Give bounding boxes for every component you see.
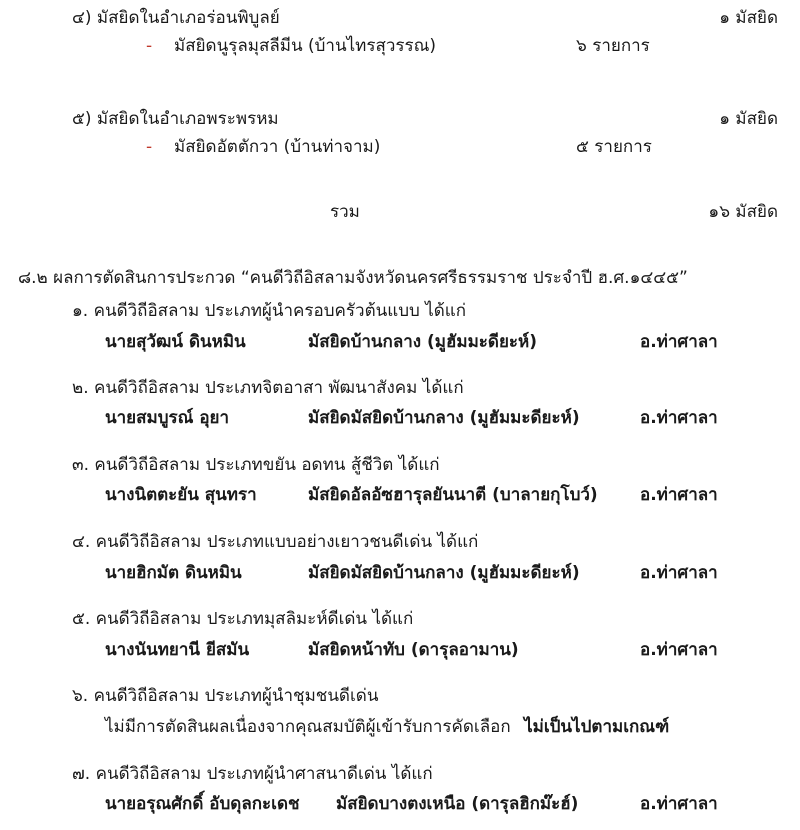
award-winner-mosque: มัสยิดมัสยิดบ้านกลาง (มูฮัมมะดียะห์)	[308, 406, 580, 430]
mosque-district-heading: ๕) มัสยิดในอำเภอพระพรหม	[72, 107, 279, 131]
award-winner-district: อ.ท่าศาลา	[640, 638, 718, 662]
mosque-item-count: ๖ รายการ	[576, 34, 650, 58]
award-category-line: ๓. คนดีวิถีอิสลาม ประเภทขยัน อดทน สู้ชีว…	[72, 453, 440, 477]
award-category-line: ๔. คนดีวิถีอิสลาม ประเภทแบบอย่างเยาวชนดี…	[72, 530, 478, 554]
award-winner-district: อ.ท่าศาลา	[640, 406, 718, 430]
award-winner-mosque: มัสยิดบางตงเหนือ (ดารุลฮิกม๊ะฮ์)	[336, 792, 578, 816]
award-winner-mosque: มัสยิดหน้าทับ (ดารุลอามาน)	[308, 638, 519, 662]
award-winner-district: อ.ท่าศาลา	[640, 483, 718, 507]
mosque-item-name: มัสยิดอัตตักวา (บ้านท่าจาม)	[174, 135, 380, 159]
award-note: ไม่มีการตัดสินผลเนื่องจากคุณสมบัติผู้เข้…	[105, 715, 669, 739]
award-winner-district: อ.ท่าศาลา	[640, 792, 718, 816]
award-winner-name: นายสุวัฒน์ ดินหมิน	[105, 330, 246, 354]
list-dash: -	[146, 34, 152, 58]
mosque-item-name: มัสยิดนูรุลมุสลีมีน (บ้านไทรสุวรรณ)	[174, 34, 436, 58]
award-note-text: ไม่มีการตัดสินผลเนื่องจากคุณสมบัติผู้เข้…	[105, 717, 511, 737]
section-title: ๘.๒ ผลการตัดสินการประกวด “คนดีวิถีอิสลาม…	[18, 266, 688, 290]
award-winner-name: นายฮิกมัต ดินหมิน	[105, 561, 242, 585]
total-label: รวม	[330, 200, 360, 224]
award-winner-district: อ.ท่าศาลา	[640, 330, 718, 354]
mosque-district-count: ๑ มัสยิด	[719, 6, 778, 30]
award-category-line: ๒. คนดีวิถีอิสลาม ประเภทจิตอาสา พัฒนาสัง…	[72, 376, 464, 400]
mosque-district-count: ๑ มัสยิด	[719, 107, 778, 131]
mosque-district-heading: ๔) มัสยิดในอำเภอร่อนพิบูลย์	[72, 6, 280, 30]
award-winner-name: นางนันทยานี ยีสมัน	[105, 638, 249, 662]
award-winner-name: นายสมบูรณ์ อุยา	[105, 406, 229, 430]
award-category-line: ๕. คนดีวิถีอิสลาม ประเภทมุสลิมะห์ดีเด่น …	[72, 607, 413, 631]
total-value: ๑๖ มัสยิด	[708, 200, 778, 224]
award-winner-district: อ.ท่าศาลา	[640, 561, 718, 585]
award-winner-mosque: มัสยิดมัสยิดบ้านกลาง (มูฮัมมะดียะห์)	[308, 561, 580, 585]
award-winner-mosque: มัสยิดอัลอัซฮารุลยันนาตี (บาลายกุโบว์)	[308, 483, 598, 507]
award-category-line: ๑. คนดีวิถีอิสลาม ประเภทผู้นำครอบครัวต้น…	[72, 299, 466, 323]
mosque-item-count: ๕ รายการ	[576, 135, 652, 159]
award-note-emphasis: ไม่เป็นไปตามเกณฑ์	[524, 717, 669, 737]
award-category-line: ๖. คนดีวิถีอิสลาม ประเภทผู้นำชุมชนดีเด่น	[72, 684, 378, 708]
list-dash: -	[146, 135, 152, 159]
award-winner-mosque: มัสยิดบ้านกลาง (มูฮัมมะดียะห์)	[308, 330, 537, 354]
award-winner-name: นายอรุณศักดิ์ อับดุลกะเดช	[105, 792, 300, 816]
award-winner-name: นางนิตตะยัน สุนทรา	[105, 483, 257, 507]
award-category-line: ๗. คนดีวิถีอิสลาม ประเภทผู้นำศาสนาดีเด่น…	[72, 762, 433, 786]
